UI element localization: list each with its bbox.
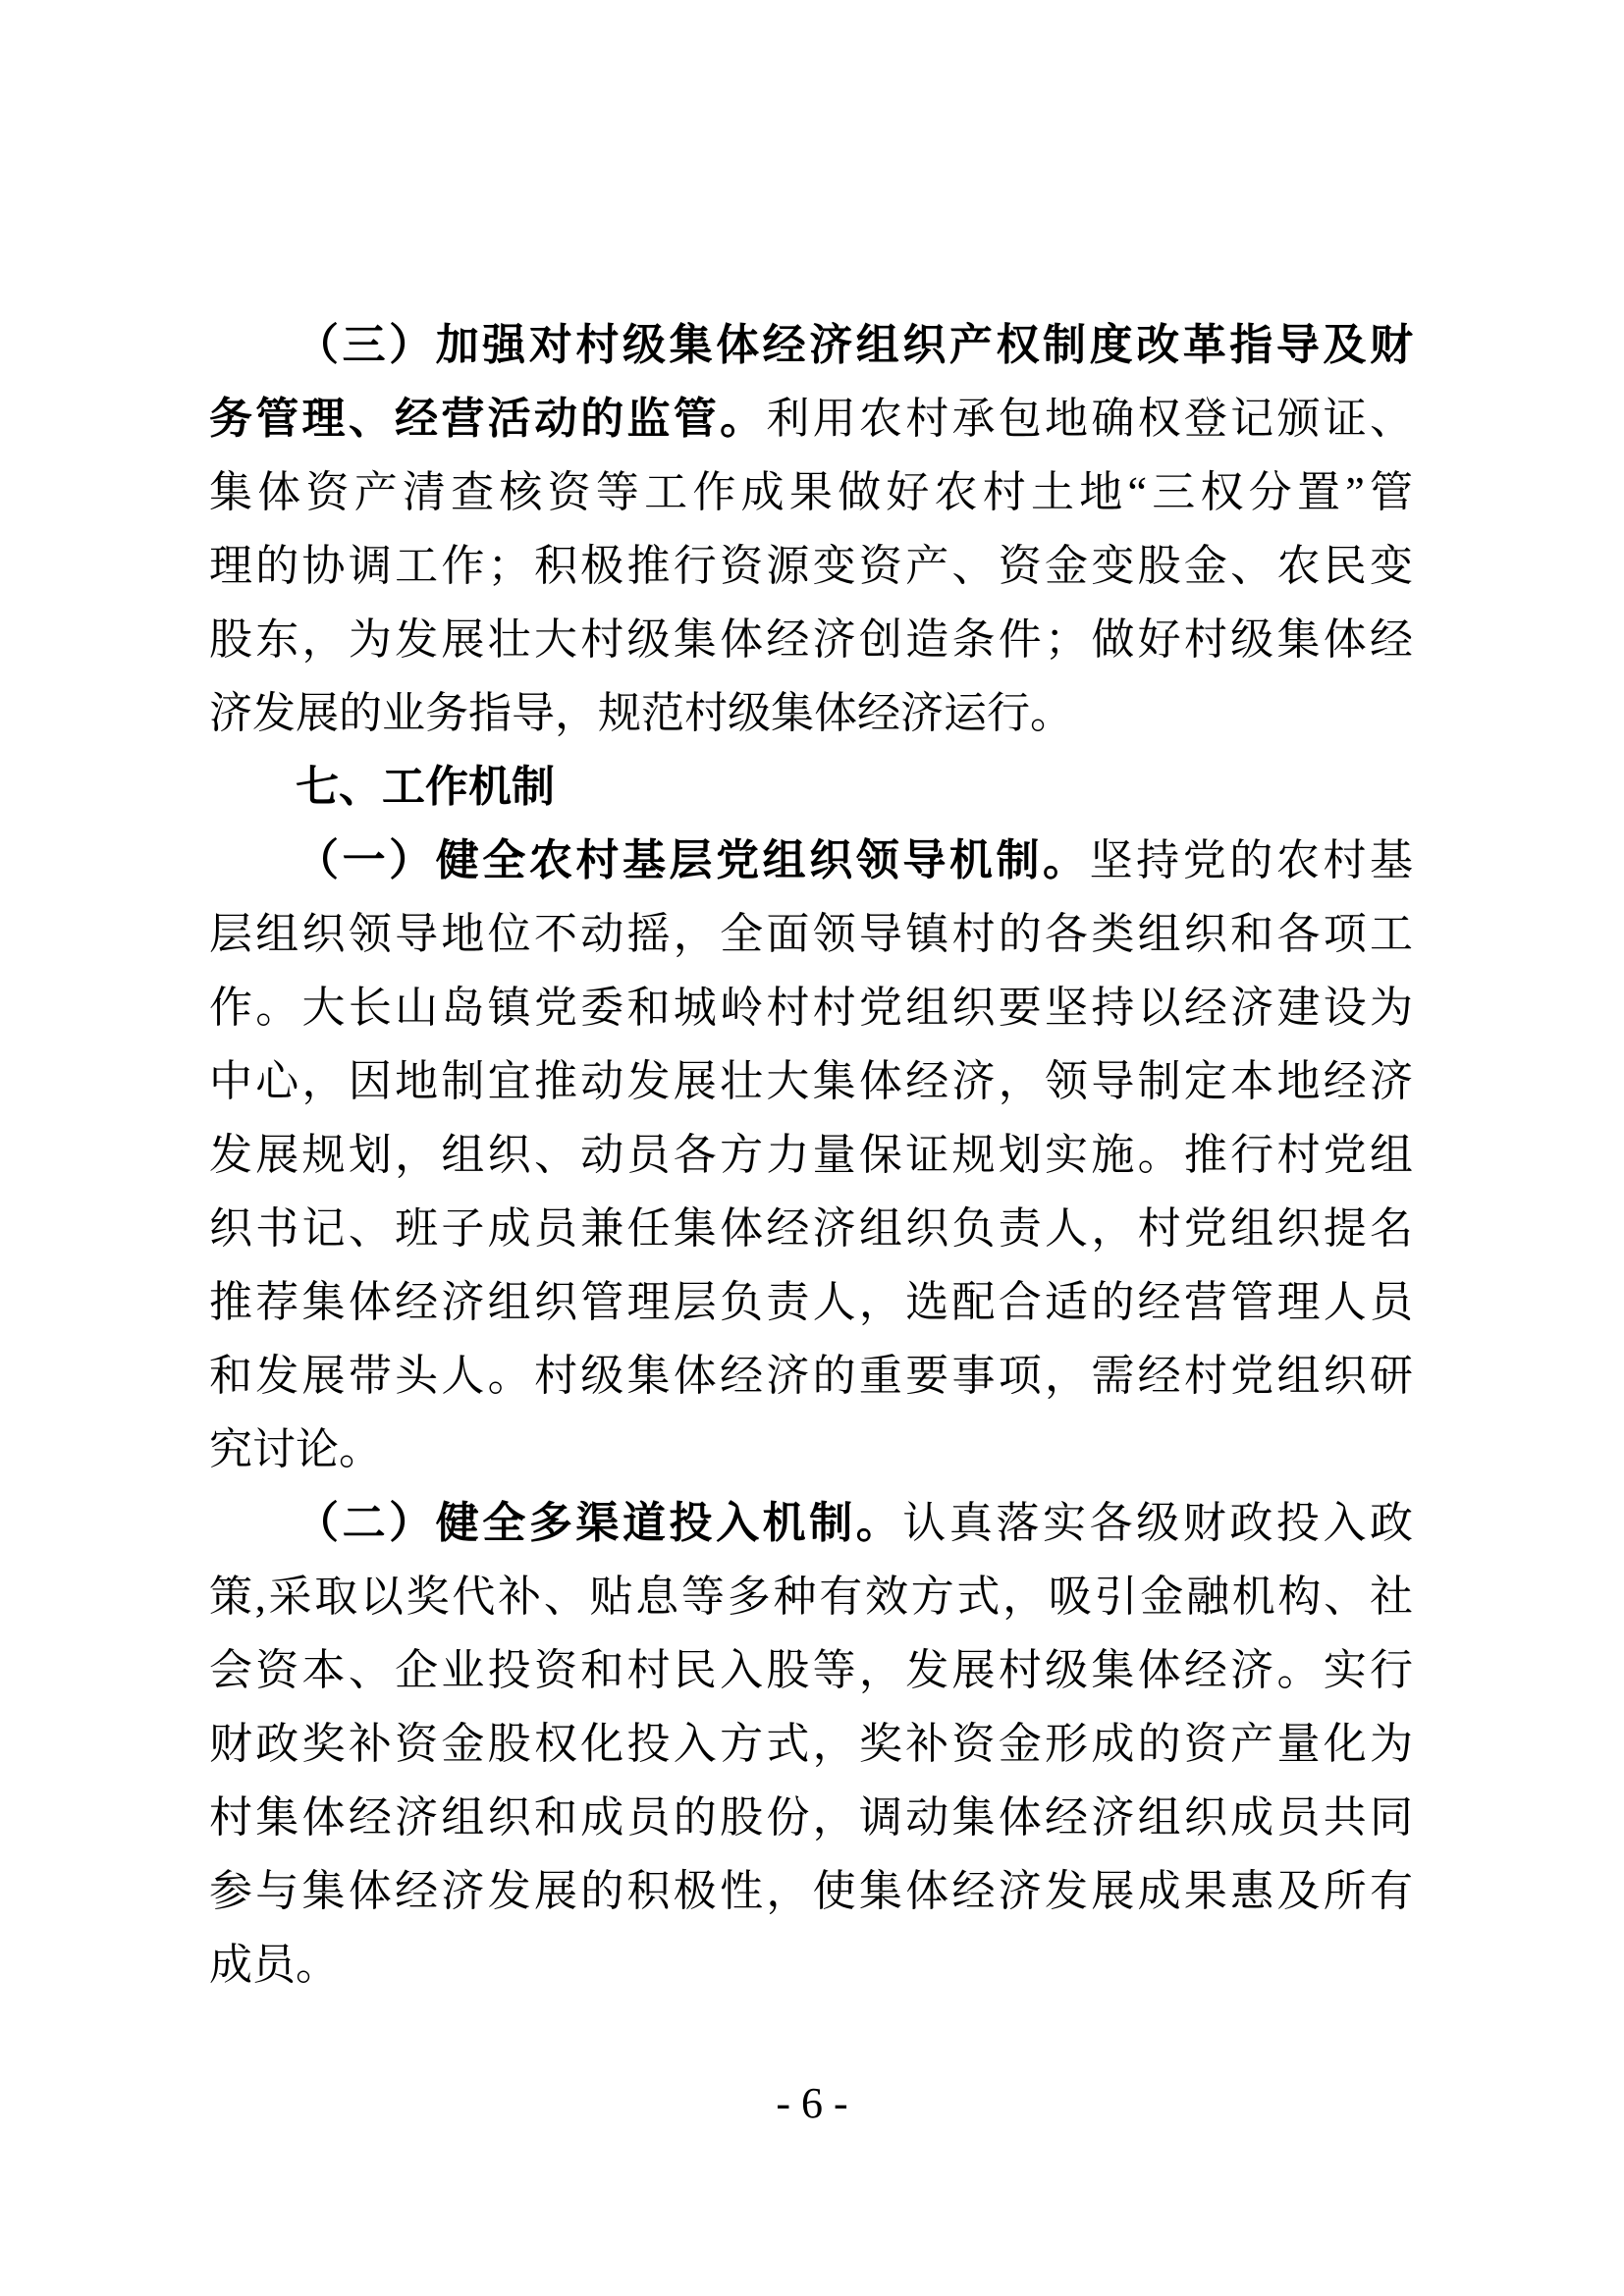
text-line: 发展规划，组织、动员各方力量保证规划实施。推行村党组 <box>209 1118 1413 1192</box>
document-body: （三）加强对村级集体经济组织产权制度改革指导及财务管理、经营活动的监管。利用农村… <box>209 308 1413 2002</box>
text-line: 股东，为发展壮大村级集体经济创造条件；做好村级集体经 <box>209 603 1413 676</box>
body-text: 参与集体经济发展的积极性，使集体经济发展成果惠及所有 <box>209 1867 1413 1915</box>
body-text: 财政奖补资金股权化投入方式，奖补资金形成的资产量化为 <box>209 1720 1413 1768</box>
text-line: 参与集体经济发展的积极性，使集体经济发展成果惠及所有 <box>209 1854 1413 1928</box>
text-line: 推荐集体经济组织管理层负责人，选配合适的经营管理人员 <box>209 1265 1413 1339</box>
text-line: 务管理、经营活动的监管。利用农村承包地确权登记颁证、 <box>209 382 1413 455</box>
text-line: 理的协调工作；积极推行资源变资产、资金变股金、农民变 <box>209 529 1413 603</box>
text-line: （二）健全多渠道投入机制。认真落实各级财政投入政 <box>209 1486 1413 1560</box>
body-text: 策,采取以奖代补、贴息等多种有效方式，吸引金融机构、社 <box>209 1573 1413 1621</box>
text-line: 织书记、班子成员兼任集体经济组织负责人，村党组织提名 <box>209 1192 1413 1265</box>
body-text: 认真落实各级财政投入政 <box>902 1499 1413 1547</box>
body-text: 村集体经济组织和成员的股份，调动集体经济组织成员共同 <box>209 1793 1413 1842</box>
body-text: 坚持党的农村基 <box>1090 836 1413 884</box>
text-line: 成员。 <box>209 1928 1413 2002</box>
body-text: 集体资产清查核资等工作成果做好农村土地“三权分置”管 <box>209 468 1413 516</box>
text-line: 作。大长山岛镇党委和城岭村村党组织要坚持以经济建设为 <box>209 971 1413 1044</box>
body-text: 股东，为发展壮大村级集体经济创造条件；做好村级集体经 <box>209 615 1413 664</box>
body-text: 中心，因地制宜推动发展壮大集体经济，领导制定本地经济 <box>209 1057 1413 1105</box>
text-line: （一）健全农村基层党组织领导机制。坚持党的农村基 <box>209 824 1413 897</box>
body-text: 发展规划，组织、动员各方力量保证规划实施。推行村党组 <box>209 1131 1413 1179</box>
body-text: 层组织领导地位不动摇，全面领导镇村的各类组织和各项工 <box>209 910 1413 958</box>
emphasis-text: 七、工作机制 <box>296 763 555 811</box>
body-text: 会资本、企业投资和村民入股等，发展村级集体经济。实行 <box>209 1646 1413 1694</box>
text-line: 层组织领导地位不动摇，全面领导镇村的各类组织和各项工 <box>209 897 1413 971</box>
text-line: 村集体经济组织和成员的股份，调动集体经济组织成员共同 <box>209 1781 1413 1854</box>
body-text: 和发展带头人。村级集体经济的重要事项，需经村党组织研 <box>209 1352 1413 1400</box>
emphasis-text: （一）健全农村基层党组织领导机制。 <box>296 836 1090 884</box>
page-number: - 6 - <box>0 2071 1624 2136</box>
text-line: （三）加强对村级集体经济组织产权制度改革指导及财 <box>209 308 1413 382</box>
body-text: 理的协调工作；积极推行资源变资产、资金变股金、农民变 <box>209 542 1413 590</box>
body-text: 成员。 <box>209 1941 339 1989</box>
text-line: 和发展带头人。村级集体经济的重要事项，需经村党组织研 <box>209 1339 1413 1413</box>
text-line: 中心，因地制宜推动发展壮大集体经济，领导制定本地经济 <box>209 1044 1413 1118</box>
text-line: 会资本、企业投资和村民入股等，发展村级集体经济。实行 <box>209 1633 1413 1707</box>
emphasis-text: 务管理、经营活动的监管。 <box>209 395 766 443</box>
section-heading: 七、工作机制 <box>209 750 1413 824</box>
text-line: 集体资产清查核资等工作成果做好农村土地“三权分置”管 <box>209 455 1413 529</box>
body-text: 究讨论。 <box>209 1425 382 1473</box>
text-line: 究讨论。 <box>209 1413 1413 1486</box>
text-line: 济发展的业务指导，规范村级集体经济运行。 <box>209 676 1413 750</box>
body-text: 利用农村承包地确权登记颁证、 <box>766 395 1413 443</box>
document-page: （三）加强对村级集体经济组织产权制度改革指导及财务管理、经营活动的监管。利用农村… <box>0 0 1624 2296</box>
body-text: 作。大长山岛镇党委和城岭村村党组织要坚持以经济建设为 <box>209 984 1413 1032</box>
text-line: 策,采取以奖代补、贴息等多种有效方式，吸引金融机构、社 <box>209 1560 1413 1633</box>
body-text: 济发展的业务指导，规范村级集体经济运行。 <box>209 689 1073 737</box>
emphasis-text: （三）加强对村级集体经济组织产权制度改革指导及财 <box>296 321 1413 369</box>
body-text: 织书记、班子成员兼任集体经济组织负责人，村党组织提名 <box>209 1204 1413 1253</box>
text-line: 财政奖补资金股权化投入方式，奖补资金形成的资产量化为 <box>209 1707 1413 1781</box>
emphasis-text: （二）健全多渠道投入机制。 <box>296 1499 902 1547</box>
body-text: 推荐集体经济组织管理层负责人，选配合适的经营管理人员 <box>209 1278 1413 1326</box>
